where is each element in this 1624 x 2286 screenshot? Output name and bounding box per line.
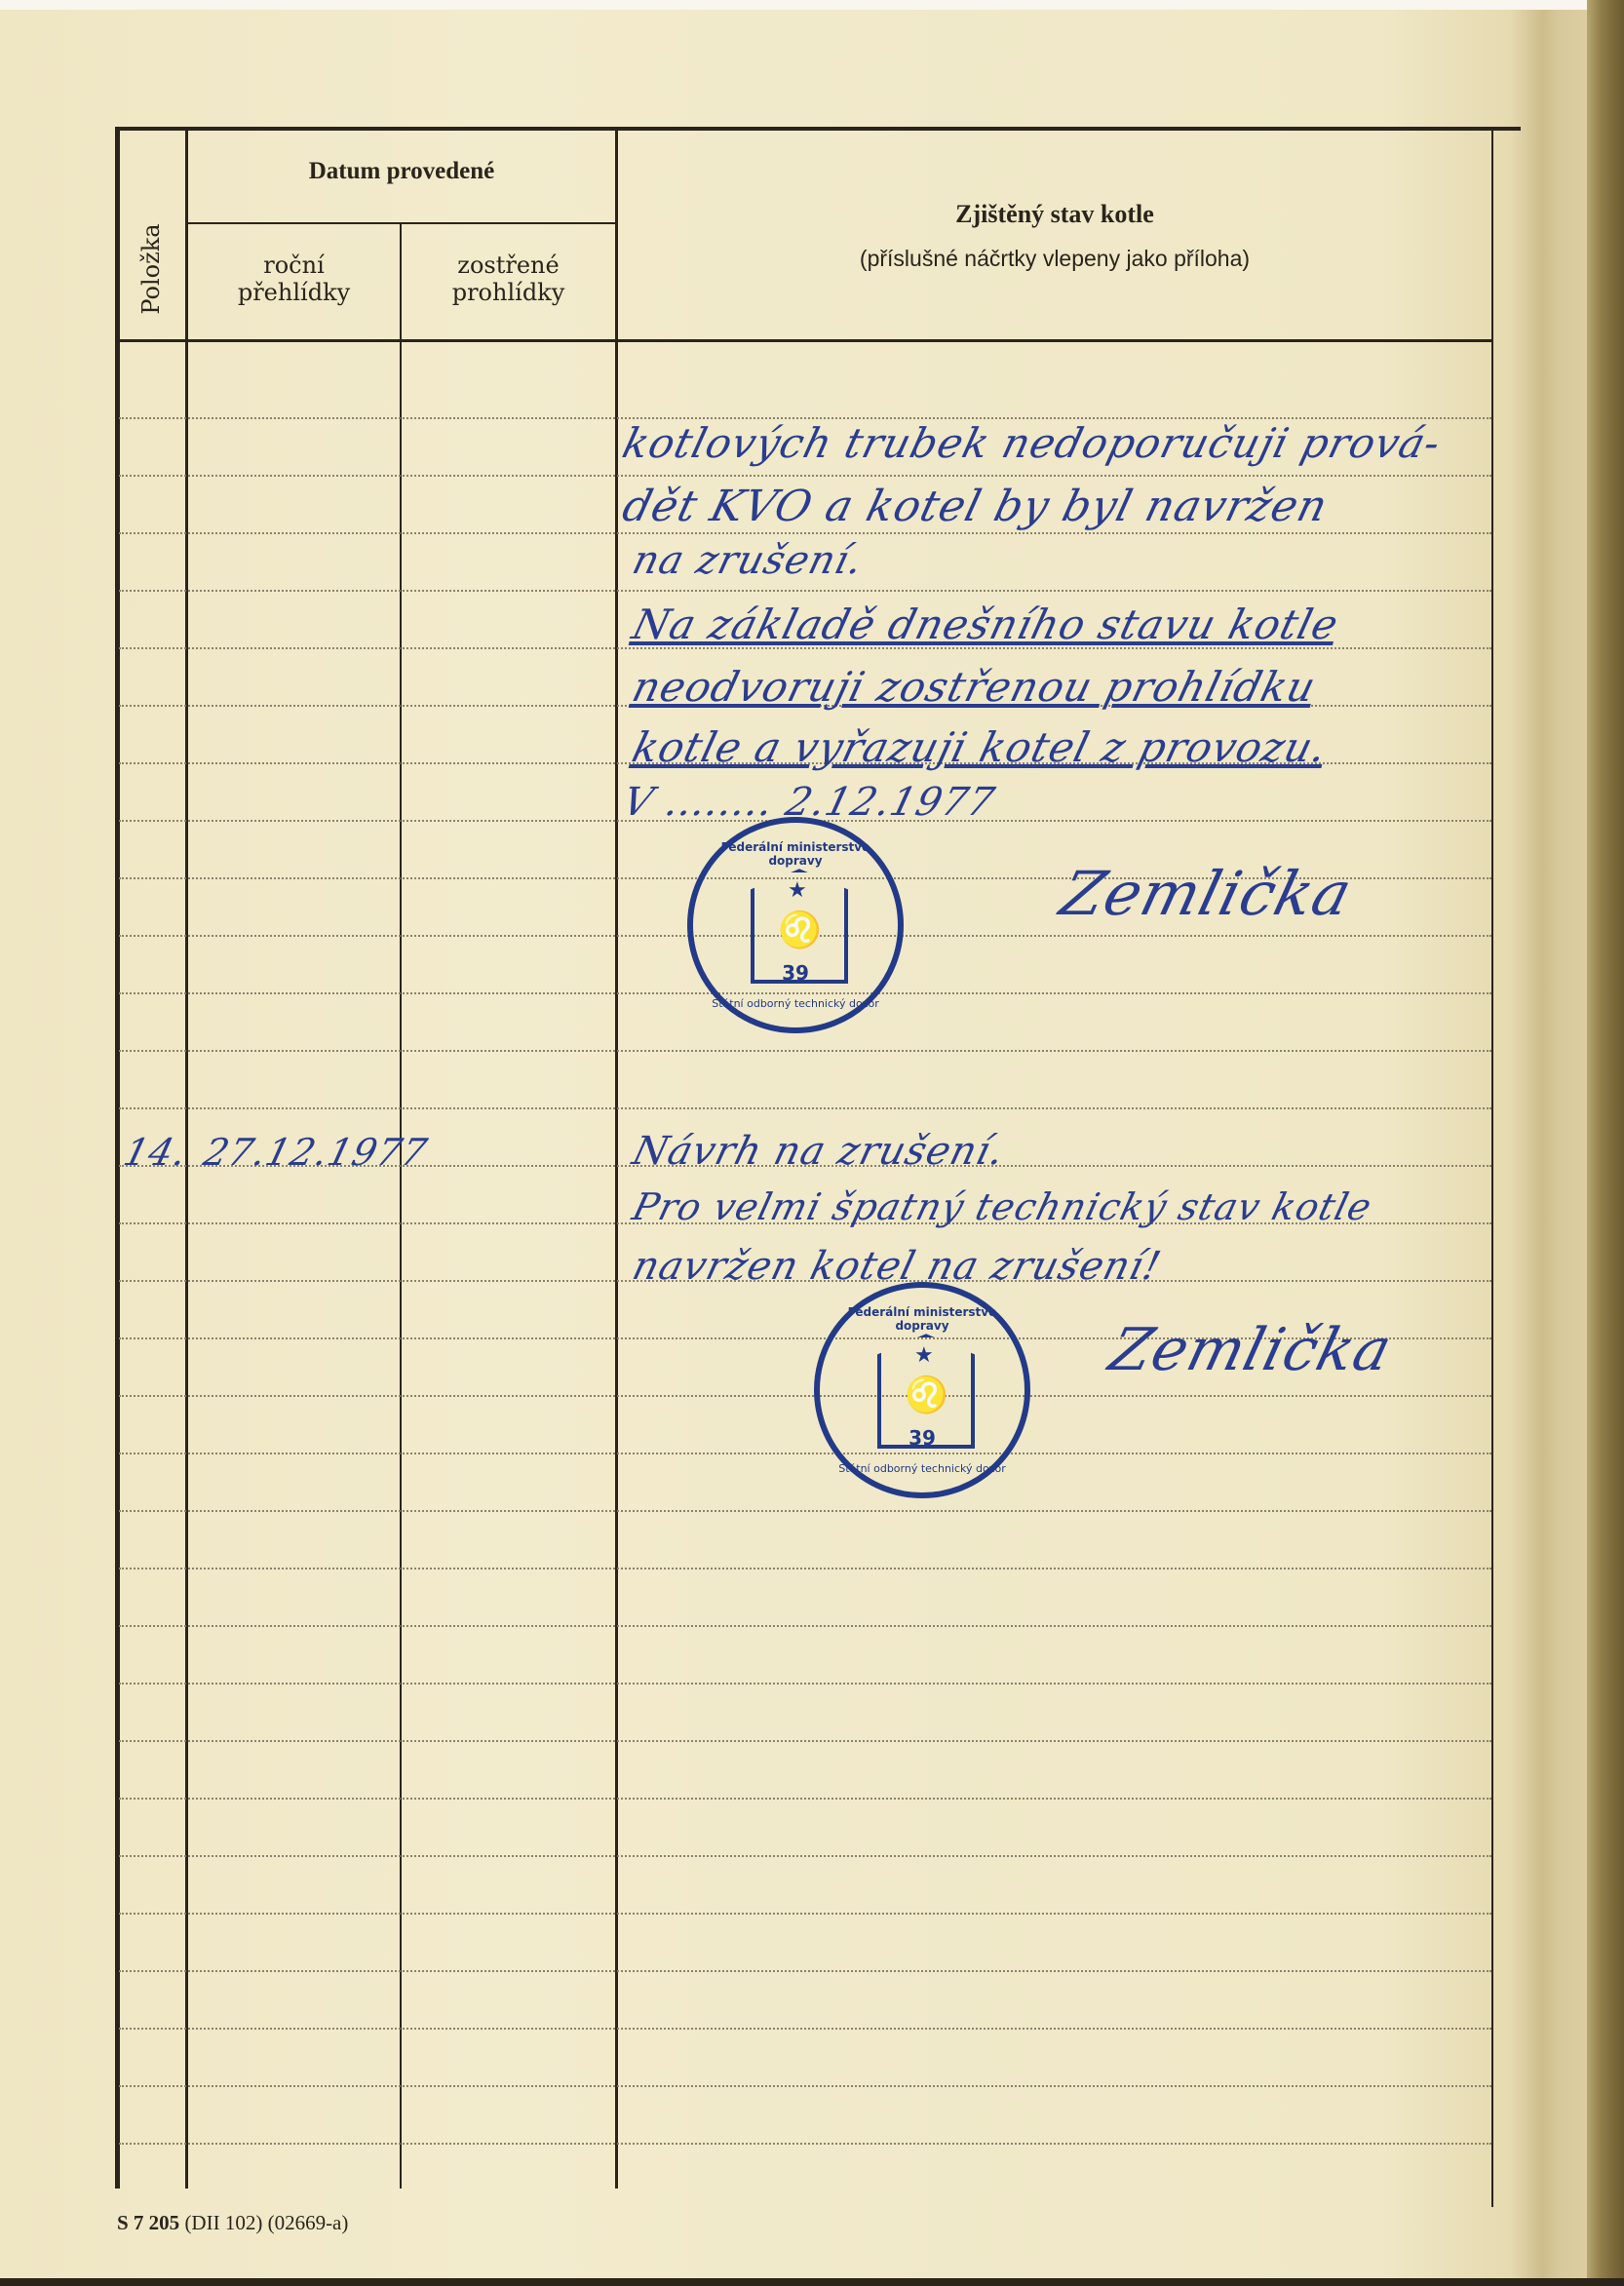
entry-text-line: kotlových trubek nedoporučuji prová- — [618, 419, 1446, 467]
date-group-divider — [187, 222, 616, 224]
header-annual-line1: roční — [188, 252, 400, 279]
header-annual-line2: přehlídky — [188, 279, 400, 306]
header-annual: roční přehlídky — [188, 252, 400, 306]
header-bottom-border — [117, 339, 1493, 342]
entry-text-line: Pro velmi špatný technický stav kotle — [629, 1185, 1377, 1228]
stamp-top-text: Federální ministerstvo dopravy — [693, 840, 898, 868]
entry-text-line: Na základě dnešního stavu kotle — [628, 601, 1344, 648]
stamp-number: 39 — [693, 961, 898, 985]
stamp-bottom-text: Státní odborný technický dozor — [820, 1462, 1025, 1475]
header-intensified: zostřené prohlídky — [402, 252, 615, 306]
stamp-top-text: Federální ministerstvo dopravy — [820, 1305, 1025, 1333]
book-spine — [1587, 0, 1624, 2286]
header-date-group: Datum provedené — [188, 158, 615, 185]
official-stamp: Federální ministerstvo dopravy ♌ 39 Stát… — [687, 817, 904, 1033]
left-border — [115, 127, 120, 2189]
header-intensified-line2: prohlídky — [402, 279, 615, 306]
stamp-number: 39 — [820, 1426, 1025, 1450]
entry-text-line: na zrušení. — [628, 538, 868, 583]
col-divider-item — [185, 127, 188, 2189]
form-code: S 7 205 (DII 102) (02669-a) — [117, 2211, 348, 2235]
header-state-subtitle: (příslušné náčrtky vlepeny jako příloha) — [618, 246, 1491, 271]
ledger-page: Položka Datum provedené roční přehlídky … — [0, 0, 1624, 2286]
right-border — [1491, 131, 1493, 2207]
entry-annual-date: 27.12.1977 — [200, 1131, 433, 1174]
lion-icon: ♌ — [778, 910, 822, 950]
header-item-label: Položka — [137, 220, 165, 318]
scan-margin — [0, 0, 1624, 10]
col-divider-annual — [400, 224, 402, 2189]
col-divider-dates — [615, 127, 618, 2189]
form-code-bold: S 7 205 — [117, 2211, 179, 2234]
entry-text-line: neodvoruji zostřenou prohlídku — [628, 663, 1321, 711]
table-top-border — [117, 127, 1521, 131]
official-stamp: Federální ministerstvo dopravy ♌ 39 Stát… — [814, 1282, 1030, 1498]
entry-text-line: navržen kotel na zrušení! — [628, 1244, 1166, 1289]
form-code-rest: (DII 102) (02669-a) — [184, 2211, 348, 2234]
header-intensified-line1: zostřené — [402, 252, 615, 279]
inspector-signature: Zemlička — [1102, 1316, 1399, 1384]
inspector-signature: Zemlička — [1054, 858, 1360, 929]
entry-text-line: kotle a vyřazuji kotel z provozu. — [628, 723, 1333, 771]
stamp-bottom-text: Státní odborný technický dozor — [693, 997, 898, 1010]
entry-text-line: Návrh na zrušení. — [628, 1129, 1009, 1174]
lion-icon: ♌ — [905, 1375, 948, 1415]
header-state-title: Zjištěný stav kotle — [618, 200, 1491, 229]
entry-text-line: dět KVO a kotel by byl navržen — [618, 482, 1334, 531]
entry-item-number: 14. — [120, 1131, 192, 1174]
